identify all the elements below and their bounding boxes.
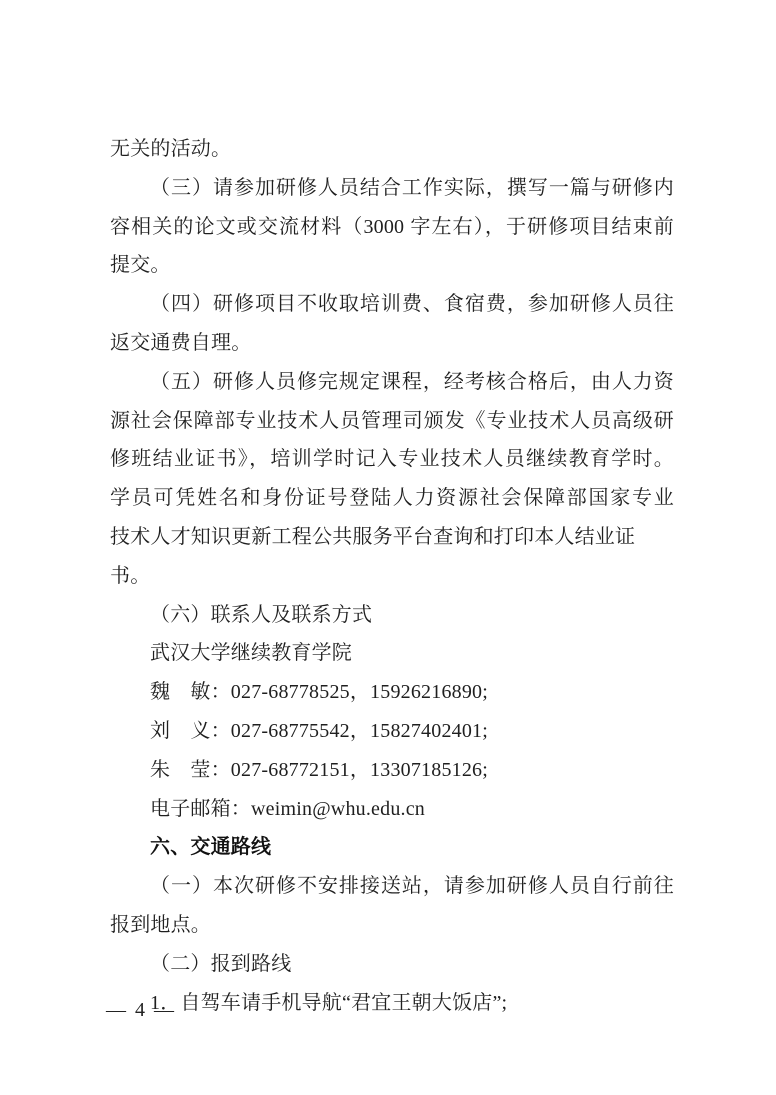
text-line: 朱 莹：027-68772151，13307185126; bbox=[110, 751, 674, 790]
text-line: 报到地点。 bbox=[110, 906, 674, 945]
document-body: 无关的活动。（三）请参加研修人员结合工作实际，撰写一篇与研修内容相关的论文或交流… bbox=[110, 130, 674, 1022]
text-line: 容相关的论文或交流材料（3000 字左右），于研修项目结束前 bbox=[110, 208, 674, 247]
text-line: 源社会保障部专业技术人员管理司颁发《专业技术人员高级研 bbox=[110, 402, 674, 441]
text-line: 1．自驾车请手机导航“君宜王朝大饭店”; bbox=[110, 984, 674, 1023]
section-heading: 六、交通路线 bbox=[110, 828, 674, 867]
text-line: （一）本次研修不安排接送站，请参加研修人员自行前往 bbox=[110, 867, 674, 906]
text-line: 学员可凭姓名和身份证号登陆人力资源社会保障部国家专业 bbox=[110, 479, 674, 518]
text-line: （六）联系人及联系方式 bbox=[110, 596, 674, 635]
text-line: 技术人才知识更新工程公共服务平台查询和打印本人结业证书。 bbox=[110, 518, 674, 596]
page-number: — 4 — bbox=[106, 999, 176, 1021]
text-line: 电子邮箱：weimin@whu.edu.cn bbox=[110, 790, 674, 829]
text-line: （二）报到路线 bbox=[110, 945, 674, 984]
text-line: （四）研修项目不收取培训费、食宿费，参加研修人员往 bbox=[110, 285, 674, 324]
text-line: 提交。 bbox=[110, 246, 674, 285]
text-line: 修班结业证书》，培训学时记入专业技术人员继续教育学时。 bbox=[110, 440, 674, 479]
text-line: 刘 义：027-68775542，15827402401; bbox=[110, 712, 674, 751]
text-line: （三）请参加研修人员结合工作实际，撰写一篇与研修内 bbox=[110, 169, 674, 208]
text-line: 魏 敏：027-68778525，15926216890; bbox=[110, 673, 674, 712]
text-line: 返交通费自理。 bbox=[110, 324, 674, 363]
text-line: （五）研修人员修完规定课程，经考核合格后，由人力资 bbox=[110, 363, 674, 402]
text-line: 武汉大学继续教育学院 bbox=[110, 634, 674, 673]
text-line: 无关的活动。 bbox=[110, 130, 674, 169]
document-page: 无关的活动。（三）请参加研修人员结合工作实际，撰写一篇与研修内容相关的论文或交流… bbox=[0, 0, 776, 1095]
